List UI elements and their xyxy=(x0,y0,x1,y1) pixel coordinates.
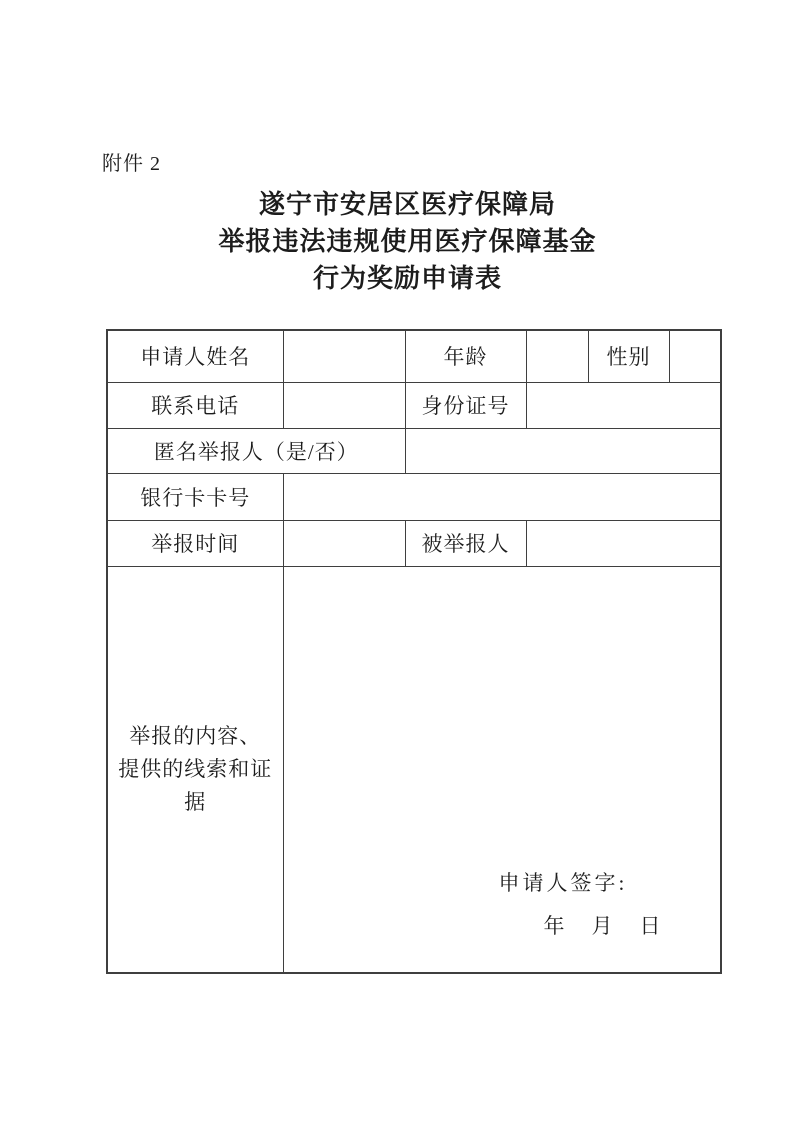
application-form-table: 申请人姓名 年龄 性别 联系电话 身份证号 匿名举报人（是/否） 银行卡卡号 xyxy=(106,329,722,974)
field-label-applicant-name: 申请人姓名 xyxy=(107,330,283,382)
field-label-age: 年龄 xyxy=(405,330,526,382)
field-label-reported-party: 被举报人 xyxy=(405,520,526,566)
title-line-2: 举报违法违规使用医疗保障基金 xyxy=(22,223,793,260)
field-label-phone: 联系电话 xyxy=(107,382,283,428)
table-row: 匿名举报人（是/否） xyxy=(107,428,721,473)
field-value-reported-party xyxy=(526,520,721,566)
document-page: 附件 2 遂宁市安居区医疗保障局 举报违法违规使用医疗保障基金 行为奖励申请表 … xyxy=(0,0,793,1122)
title-line-1: 遂宁市安居区医疗保障局 xyxy=(22,186,793,223)
field-label-report-time: 举报时间 xyxy=(107,520,283,566)
field-label-anonymous-reporter: 匿名举报人（是/否） xyxy=(107,428,405,473)
table-row: 举报的内容、 提供的线索和证 据 申请人签字: 年 月 日 xyxy=(107,566,721,973)
attachment-label: 附件 2 xyxy=(102,150,161,178)
table-row: 申请人姓名 年龄 性别 xyxy=(107,330,721,382)
table-row: 联系电话 身份证号 xyxy=(107,382,721,428)
field-value-applicant-name xyxy=(283,330,405,382)
report-content-label-line-1: 举报的内容、 xyxy=(108,720,283,753)
field-label-id-number: 身份证号 xyxy=(405,382,526,428)
field-value-age xyxy=(526,330,588,382)
field-value-phone xyxy=(283,382,405,428)
table-row: 银行卡卡号 xyxy=(107,473,721,520)
field-value-id-number xyxy=(526,382,721,428)
document-title: 遂宁市安居区医疗保障局 举报违法违规使用医疗保障基金 行为奖励申请表 xyxy=(0,186,793,297)
field-value-report-content: 申请人签字: 年 月 日 xyxy=(283,566,721,973)
field-value-report-time xyxy=(283,520,405,566)
field-value-gender xyxy=(669,330,721,382)
field-label-bank-card-number: 银行卡卡号 xyxy=(107,473,283,520)
field-label-gender: 性别 xyxy=(588,330,669,382)
title-line-3: 行为奖励申请表 xyxy=(22,260,793,297)
date-label: 年 月 日 xyxy=(544,910,664,940)
field-label-report-content: 举报的内容、 提供的线索和证 据 xyxy=(107,566,283,973)
report-content-label-line-3: 据 xyxy=(108,786,283,819)
field-value-bank-card-number xyxy=(283,473,721,520)
applicant-signature-label: 申请人签字: xyxy=(499,867,628,897)
table-row: 举报时间 被举报人 xyxy=(107,520,721,566)
field-value-anonymous-reporter xyxy=(405,428,721,473)
report-content-label-line-2: 提供的线索和证 xyxy=(108,753,283,786)
